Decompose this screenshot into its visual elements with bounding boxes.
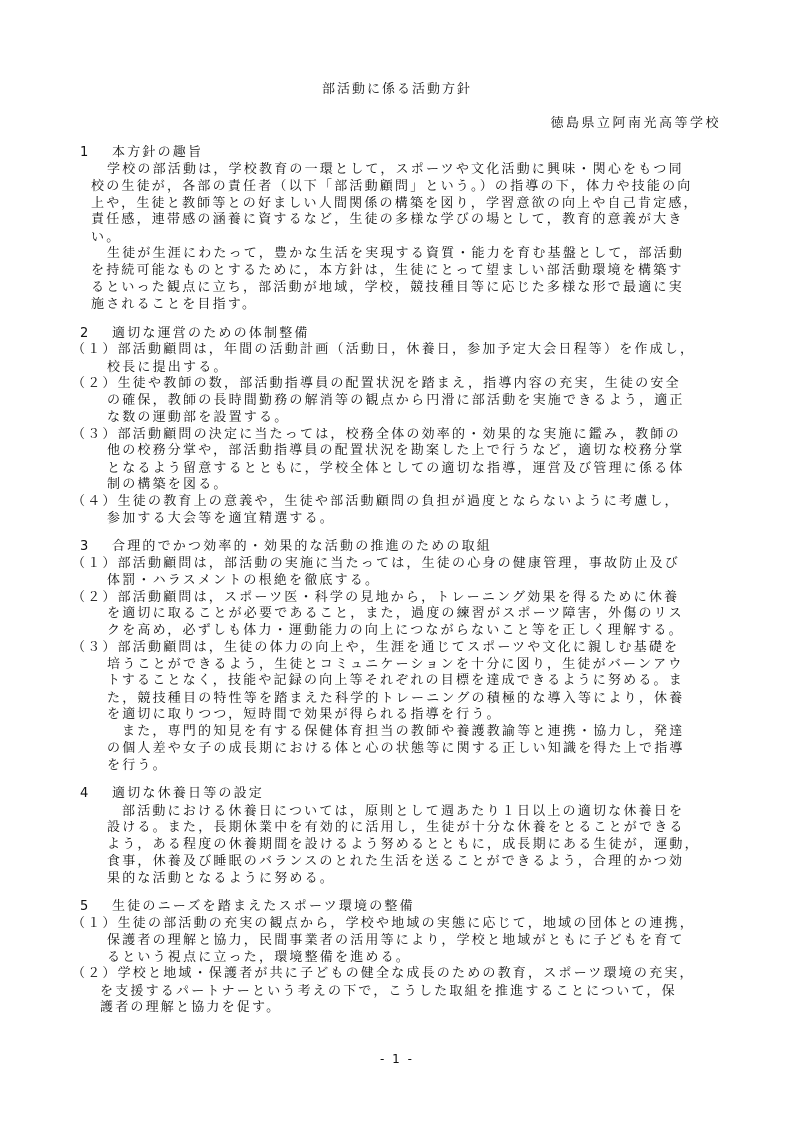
text-line: 設ける。また，長期休業中を有効的に活用し，生徒が十分な休養をとることができる bbox=[107, 820, 685, 836]
text-line: （３）部活動顧問の決定に当たっては，校務全体の効率的・効果的な実施に鑑み，教師の bbox=[72, 427, 681, 443]
text-line: を適切に取りつつ，短時間で効果が得られる指導を行う。 bbox=[107, 707, 502, 723]
text-line: の確保，教師の長時間勤務の解消等の観点から円滑に部活動を実施できるよう，適正 bbox=[107, 393, 685, 409]
text-line: な数の運動部を設置する。 bbox=[107, 410, 289, 426]
text-line: 校長に提出する。 bbox=[107, 360, 229, 376]
text-line: 校の生徒が，各部の責任者（以下「部活動顧問」という。）の指導の下，体力や技能の向 bbox=[91, 179, 693, 195]
text-line: 5 生徒のニーズを踏まえたスポーツ環境の整備 bbox=[80, 899, 415, 915]
text-line: 制の構築を図る。 bbox=[107, 477, 229, 493]
text-line: の個人差や女子の成長期における体と心の状態等に関する正しい知識を得た上で指導 bbox=[107, 741, 685, 757]
text-line: るという視点に立った，環境整備を進める。 bbox=[107, 950, 411, 966]
text-line: 部活動における休養日については，原則として週あたり１日以上の適切な休養日を bbox=[122, 804, 684, 820]
text-line: （１）生徒の部活動の充実の観点から，学校や地域の実態に応じて，地域の団体との連携… bbox=[72, 916, 695, 932]
text-line: となるよう留意するとともに，学校全体としての適切な指導，運営及び管理に係る体 bbox=[107, 461, 685, 477]
text-line: 他の校務分掌や，部活動指導員の配置状況を勘案した上で行うなど，適切な校務分掌 bbox=[107, 443, 684, 459]
document-title: 部活動に係る活動方針 bbox=[0, 78, 794, 97]
text-line: を適切に取ることが必要であること，また，過度の練習がスポーツ障害，外傷のリス bbox=[107, 606, 684, 622]
text-line: （３）部活動顧問は，生徒の体力の向上や，生涯を通じてスポーツや文化に親しむ基礎を bbox=[72, 640, 679, 656]
text-line: 培うことができるよう，生徒とコミュニケーションを十分に図り，生徒がバーンアウ bbox=[107, 657, 684, 673]
text-line: 果的な活動となるように努める。 bbox=[107, 871, 335, 887]
text-line: （４）生徒の教育上の意義や，生徒や部活動顧問の負担が過度とならないように考慮し， bbox=[72, 494, 680, 510]
text-line: （２）生徒や教師の数，部活動指導員の配置状況を踏まえ，指導内容の充実，生徒の安全 bbox=[72, 376, 681, 392]
text-line: 参加する大会等を適宜精選する。 bbox=[107, 511, 335, 527]
text-line: 4 適切な休養日等の設定 bbox=[80, 786, 264, 802]
text-line: 保護者の理解と協力，民間事業者の活用等により，学校と地域がともに子どもを育て bbox=[107, 933, 685, 949]
text-line: よう，ある程度の休養期間を設けるよう努めるとともに，成長期にある生徒が，運動， bbox=[107, 837, 700, 853]
text-line: 護者の理解と協力を促す。 bbox=[100, 1000, 281, 1016]
text-line: を持続可能なものとするために，本方針は，生徒にとって望ましい部活動環境を構築す bbox=[91, 263, 684, 279]
text-line: を支援するパートナーという考えの下で，こうした取組を推進することについて，保 bbox=[100, 984, 677, 1000]
text-line: （２）部活動顧問は，スポーツ医・科学の見地から，トレーニング効果を得るために休養 bbox=[72, 590, 679, 606]
text-line: るといった観点に立ち，部活動が地域，学校，競技種目等に応じた多様な形で最適に実 bbox=[91, 280, 684, 296]
text-line: （１）部活動顧問は，年間の活動計画（活動日，休養日，参加予定大会日程等）を作成し… bbox=[72, 342, 695, 358]
text-line: 責任感，連帯感の涵養に資するなど，生徒の多様な学びの場として，教育的意義が大き bbox=[91, 212, 684, 228]
text-line: 学校の部活動は，学校教育の一環として，スポーツや文化活動に興味・関心をもつ同 bbox=[107, 162, 684, 178]
school-name: 徳島県立阿南光高等学校 bbox=[550, 112, 721, 131]
text-line: 3 合理的でかつ効率的・効果的な活動の推進のための取組 bbox=[80, 539, 492, 555]
document-page: 部活動に係る活動方針 徳島県立阿南光高等学校 1 本方針の趣旨学校の部活動は，学… bbox=[0, 0, 794, 1123]
text-line: 2 適切な運営のための体制整備 bbox=[80, 326, 310, 342]
text-line: 施されることを目指す。 bbox=[91, 297, 257, 313]
page-number: - 1 - bbox=[0, 1052, 794, 1066]
text-line: （２）学校と地域・保護者が共に子どもの健全な成長のための教育，スポーツ環境の充実… bbox=[72, 966, 695, 982]
text-line: 上や，生徒と教師等との好ましい人間関係の構築を図り，学習意欲の向上や自己肯定感， bbox=[91, 196, 699, 212]
text-line: 体罰・ハラスメントの根絶を徹底する。 bbox=[107, 573, 380, 589]
text-line: （１）部活動顧問は，部活動の実施に当たっては，生徒の心身の健康管理，事故防止及び bbox=[72, 556, 680, 572]
text-line: 1 本方針の趣旨 bbox=[80, 145, 203, 161]
text-line: 食事，休養及び睡眠のバランスのとれた生活を送ることができるよう，合理的かつ効 bbox=[107, 854, 684, 870]
text-line: た，競技種目の特性等を踏まえた科学的トレーニングの積極的な導入等により，休養 bbox=[107, 691, 684, 707]
text-line: クを高め，必ずしも体力・運動能力の向上につながらないこと等を正しく理解する。 bbox=[107, 623, 684, 639]
text-line: い。 bbox=[91, 230, 121, 246]
text-line: また，専門的知見を有する保健体育担当の教師や養護教諭等と連携・協力し，発達 bbox=[122, 724, 684, 740]
text-line: トすることなく，技能や記録の向上等それぞれの目標を達成できるように努める。ま bbox=[107, 673, 684, 689]
text-line: を行う。 bbox=[107, 758, 168, 774]
text-line: 生徒が生涯にわたって，豊かな生活を実現する資質・能力を育む基盤として，部活動 bbox=[107, 246, 684, 262]
